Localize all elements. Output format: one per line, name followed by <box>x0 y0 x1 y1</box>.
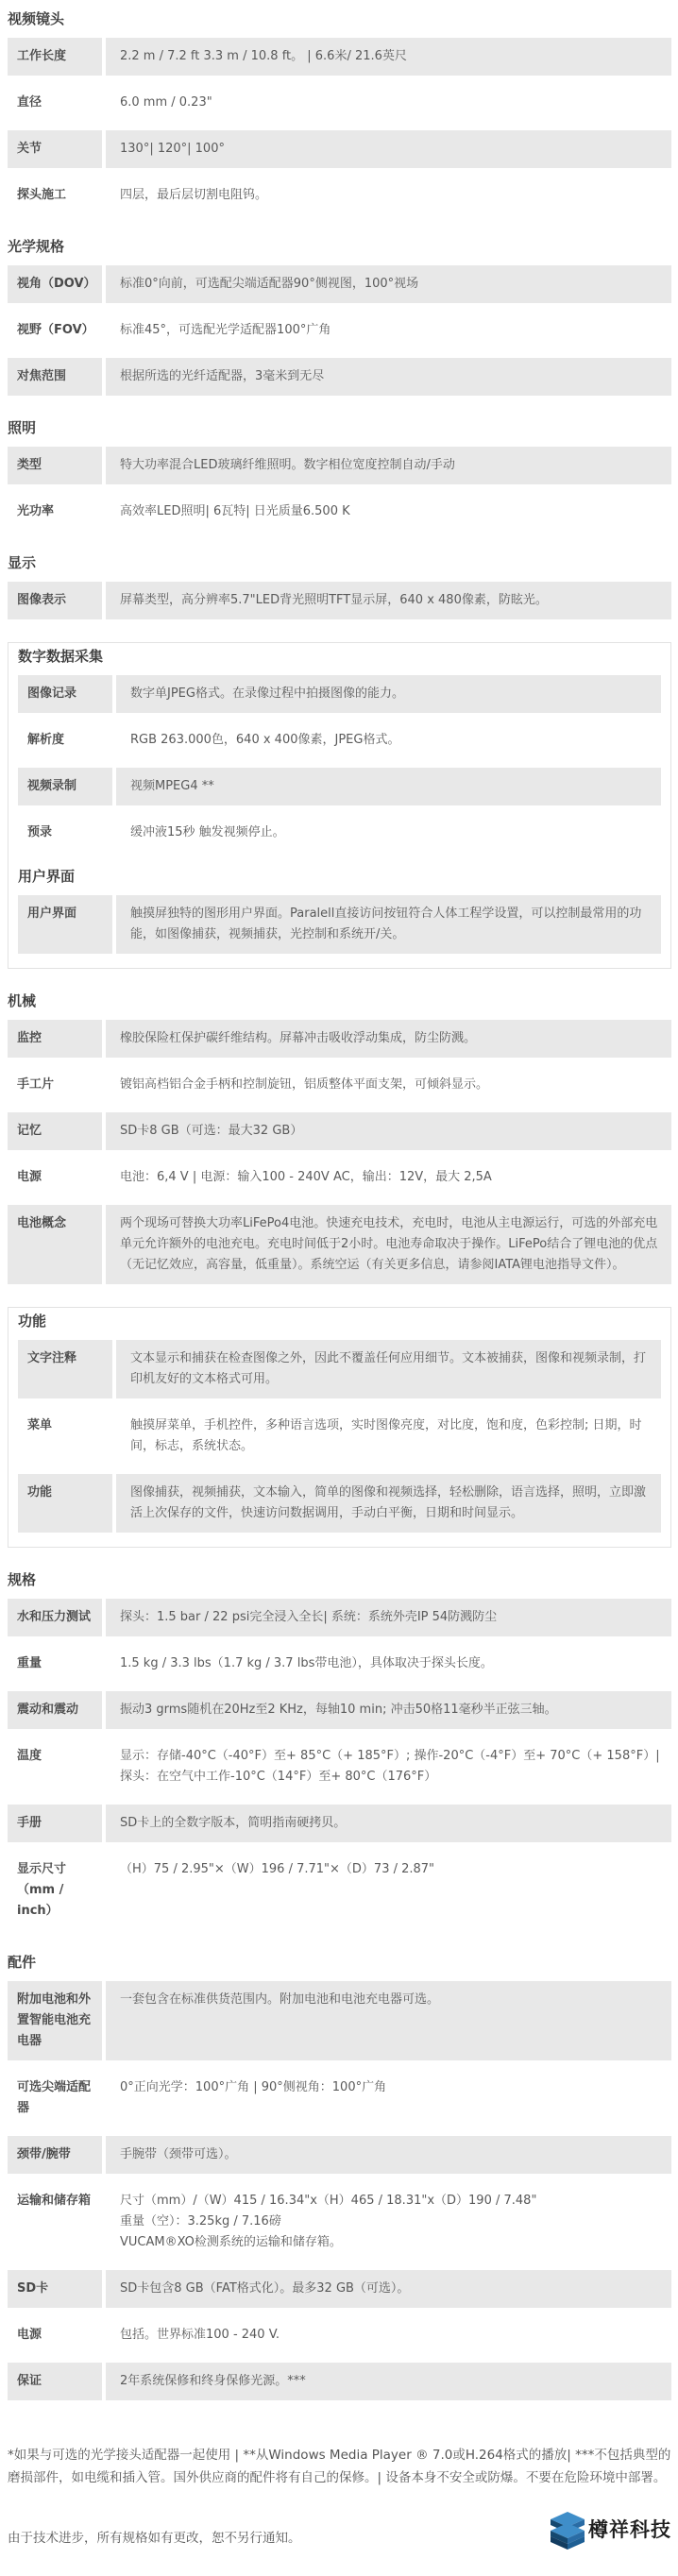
spec-label: 功能 <box>18 1474 112 1533</box>
table-row: 附加电池和外置智能电池充电器 一套包含在标准供货范围内。附加电池和电池充电器可选… <box>8 1981 671 2060</box>
spec-label: 显示尺寸（mm / inch） <box>8 1851 102 1930</box>
spec-value: RGB 263.000色，640 x 400像素，JPEG格式。 <box>116 721 661 759</box>
spec-value: 触摸屏菜单，手机控件，多种语言选项，实时图像亮度，对比度，饱和度，色彩控制; 日… <box>116 1407 661 1466</box>
table-row: 图像记录 数字单JPEG格式。在录像过程中拍摄图像的能力。 <box>18 675 661 713</box>
spec-label: 电源 <box>8 1159 102 1196</box>
table-row: 震动和震动 振动3 grms随机在20Hz至2 KHz，每轴10 min; 冲击… <box>8 1691 671 1729</box>
spec-label: 用户界面 <box>18 895 112 954</box>
spec-label: 图像记录 <box>18 675 112 713</box>
spec-label: 可选尖端适配器 <box>8 2069 102 2127</box>
spec-value: 触摸屏独特的图形用户界面。Paralell直接访问按钮符合人体工程学设置，可以控… <box>116 895 661 954</box>
footnote-text: *如果与可选的光学接头适配器一起使用 | **从Windows Media Pl… <box>8 2444 671 2489</box>
spec-label: 温度 <box>8 1737 102 1796</box>
spec-value: 标准45°，可选配光学适配器100°广角 <box>106 312 671 349</box>
spec-label: 图像表示 <box>8 582 102 619</box>
spec-label: 震动和震动 <box>8 1691 102 1729</box>
spec-value: 一套包含在标准供货范围内。附加电池和电池充电器可选。 <box>106 1981 671 2060</box>
spec-label: 工作长度 <box>8 38 102 76</box>
spec-label: 附加电池和外置智能电池充电器 <box>8 1981 102 2060</box>
section-rows: 文字注释 文本显示和捕获在检查图像之外，因此不覆盖任何应用细节。文本被捕获，图像… <box>18 1340 661 1533</box>
table-row: 保证 2年系统保修和终身保修光源。*** <box>8 2363 671 2400</box>
table-row: 运输和储存箱 尺寸（mm）/（W）415 / 16.34"x（H）465 / 1… <box>8 2182 671 2262</box>
table-row: SD卡 SD卡包含8 GB（FAT格式化）。最多32 GB（可选）。 <box>8 2270 671 2308</box>
spec-label: 类型 <box>8 447 102 484</box>
spec-value: 手腕带（颈带可选）。 <box>106 2136 671 2174</box>
spec-value: 橡胶保险杠保护碳纤维结构。屏幕冲击吸收浮动集成，防尘防溅。 <box>106 1020 671 1058</box>
section-display: 显示 图像表示 屏幕类型，高分辨率5.7"LED背光照明TFT显示屏，640 x… <box>8 553 671 619</box>
spec-value: 探头：1.5 bar / 22 psi完全浸入全长| 系统：系统外壳IP 54防… <box>106 1599 671 1636</box>
spec-value: 两个现场可替换大功率LiFePo4电池。快速充电技术，充电时，电池从主电源运行，… <box>106 1205 671 1284</box>
spec-value: 0°正向光学：100°广角 | 90°侧视角：100°广角 <box>106 2069 671 2127</box>
section-rows: 监控 橡胶保险杠保护碳纤维结构。屏幕冲击吸收浮动集成，防尘防溅。 手工片 镀铝高… <box>8 1020 671 1284</box>
table-row: 视野（FOV） 标准45°，可选配光学适配器100°广角 <box>8 312 671 349</box>
spec-label: 视野（FOV） <box>8 312 102 349</box>
section-optics: 光学规格 视角（DOV） 标准0°向前，可选配尖端适配器90°侧视图，100°视… <box>8 237 671 396</box>
section-accessories: 配件 附加电池和外置智能电池充电器 一套包含在标准供货范围内。附加电池和电池充电… <box>8 1953 671 2400</box>
section-rows: 类型 特大功率混合LED玻璃纤维照明。数字相位宽度控制自动/手动 光功率 高效率… <box>8 447 671 531</box>
spec-value: 振动3 grms随机在20Hz至2 KHz，每轴10 min; 冲击50格11毫… <box>106 1691 671 1729</box>
spec-label: 直径 <box>8 84 102 122</box>
table-row: 图像表示 屏幕类型，高分辨率5.7"LED背光照明TFT显示屏，640 x 48… <box>8 582 671 619</box>
section-mechanical: 机械 监控 橡胶保险杠保护碳纤维结构。屏幕冲击吸收浮动集成，防尘防溅。 手工片 … <box>8 991 671 1284</box>
section-title: 视频镜头 <box>8 9 671 28</box>
section-rows: 图像表示 屏幕类型，高分辨率5.7"LED背光照明TFT显示屏，640 x 48… <box>8 582 671 619</box>
table-row: 解析度 RGB 263.000色，640 x 400像素，JPEG格式。 <box>18 721 661 759</box>
spec-label: 电池概念 <box>8 1205 102 1284</box>
spec-label: 菜单 <box>18 1407 112 1466</box>
section-rows: 附加电池和外置智能电池充电器 一套包含在标准供货范围内。附加电池和电池充电器可选… <box>8 1981 671 2400</box>
spec-value: 高效率LED照明| 6瓦特| 日光质量6.500 K <box>106 493 671 531</box>
spec-value: 1.5 kg / 3.3 lbs（1.7 kg / 3.7 lbs带电池），具体… <box>106 1645 671 1683</box>
section-title: 规格 <box>8 1570 671 1589</box>
table-row: 探头施工 四层，最后层切割电阻钨。 <box>8 177 671 214</box>
spec-label: 监控 <box>8 1020 102 1058</box>
spec-label: 预录 <box>18 814 112 852</box>
boxed-group-digital-data: 数字数据采集 图像记录 数字单JPEG格式。在录像过程中拍摄图像的能力。 解析度… <box>8 642 671 969</box>
section-video-lens: 视频镜头 工作长度 2.2 m / 7.2 ft 3.3 m / 10.8 ft… <box>8 9 671 214</box>
table-row: 温度 显示：存储-40°C（-40°F）至+ 85°C（+ 185°F）; 操作… <box>8 1737 671 1796</box>
table-row: 直径 6.0 mm / 0.23" <box>8 84 671 122</box>
section-functions: 功能 文字注释 文本显示和捕获在检查图像之外，因此不覆盖任何应用细节。文本被捕获… <box>18 1312 661 1533</box>
section-illumination: 照明 类型 特大功率混合LED玻璃纤维照明。数字相位宽度控制自动/手动 光功率 … <box>8 418 671 531</box>
spec-label: 视频录制 <box>18 768 112 805</box>
spec-value: 视频MPEG4 ** <box>116 768 661 805</box>
section-title: 数字数据采集 <box>18 647 661 666</box>
spec-value: 显示：存储-40°C（-40°F）至+ 85°C（+ 185°F）; 操作-20… <box>106 1737 671 1796</box>
spec-value: 屏幕类型，高分辨率5.7"LED背光照明TFT显示屏，640 x 480像素，防… <box>106 582 671 619</box>
spec-value: 镀铝高档铝合金手柄和控制旋钮，铝质整体平面支架，可倾斜显示。 <box>106 1066 671 1104</box>
table-row: 水和压力测试 探头：1.5 bar / 22 psi完全浸入全长| 系统：系统外… <box>8 1599 671 1636</box>
table-row: 重量 1.5 kg / 3.3 lbs（1.7 kg / 3.7 lbs带电池）… <box>8 1645 671 1683</box>
spec-value: 标准0°向前，可选配尖端适配器90°侧视图，100°视场 <box>106 265 671 303</box>
spec-label: SD卡 <box>8 2270 102 2308</box>
table-row: 视频录制 视频MPEG4 ** <box>18 768 661 805</box>
spec-label: 手册 <box>8 1805 102 1842</box>
spec-label: 运输和储存箱 <box>8 2182 102 2262</box>
spec-label: 手工片 <box>8 1066 102 1104</box>
table-row: 电源 包括。世界标准100 - 240 V. <box>8 2316 671 2354</box>
table-row: 可选尖端适配器 0°正向光学：100°广角 | 90°侧视角：100°广角 <box>8 2069 671 2127</box>
spec-value: 数字单JPEG格式。在录像过程中拍摄图像的能力。 <box>116 675 661 713</box>
spec-value: 2年系统保修和终身保修光源。*** <box>106 2363 671 2400</box>
section-title: 用户界面 <box>18 867 661 886</box>
spec-value: 2.2 m / 7.2 ft 3.3 m / 10.8 ft。 | 6.6米/ … <box>106 38 671 76</box>
spec-value: 根据所选的光纤适配器，3毫米到无尽 <box>106 358 671 396</box>
spec-value: 文本显示和捕获在检查图像之外，因此不覆盖任何应用细节。文本被捕获，图像和视频录制… <box>116 1340 661 1398</box>
spec-label: 记忆 <box>8 1112 102 1150</box>
section-user-interface: 用户界面 用户界面 触摸屏独特的图形用户界面。Paralell直接访问按钮符合人… <box>18 867 661 954</box>
spec-label: 文字注释 <box>18 1340 112 1398</box>
spec-value: SD卡8 GB（可选：最大32 GB） <box>106 1112 671 1150</box>
spec-label: 保证 <box>8 2363 102 2400</box>
spec-label: 电源 <box>8 2316 102 2354</box>
spec-value: 图像捕获，视频捕获，文本输入，简单的图像和视频选择，轻松删除，语言选择，照明，立… <box>116 1474 661 1533</box>
spec-label: 探头施工 <box>8 177 102 214</box>
table-row: 工作长度 2.2 m / 7.2 ft 3.3 m / 10.8 ft。 | 6… <box>8 38 671 76</box>
section-title: 功能 <box>18 1312 661 1330</box>
table-row: 类型 特大功率混合LED玻璃纤维照明。数字相位宽度控制自动/手动 <box>8 447 671 484</box>
section-digital-capture: 数字数据采集 图像记录 数字单JPEG格式。在录像过程中拍摄图像的能力。 解析度… <box>18 647 661 852</box>
section-title: 照明 <box>8 418 671 437</box>
table-row: 电源 电池：6,4 V | 电源：输入100 - 240V AC，输出：12V，… <box>8 1159 671 1196</box>
spec-page: 视频镜头 工作长度 2.2 m / 7.2 ft 3.3 m / 10.8 ft… <box>0 0 678 2576</box>
table-row: 手工片 镀铝高档铝合金手柄和控制旋钮，铝质整体平面支架，可倾斜显示。 <box>8 1066 671 1104</box>
table-row: 颈带/腕带 手腕带（颈带可选）。 <box>8 2136 671 2174</box>
company-logo: 樽祥科技 <box>549 2510 671 2550</box>
spec-label: 解析度 <box>18 721 112 759</box>
table-row: 记忆 SD卡8 GB（可选：最大32 GB） <box>8 1112 671 1150</box>
section-rows: 用户界面 触摸屏独特的图形用户界面。Paralell直接访问按钮符合人体工程学设… <box>18 895 661 954</box>
section-title: 配件 <box>8 1953 671 1972</box>
footer: *如果与可选的光学接头适配器一起使用 | **从Windows Media Pl… <box>8 2444 671 2550</box>
section-rows: 图像记录 数字单JPEG格式。在录像过程中拍摄图像的能力。 解析度 RGB 26… <box>18 675 661 852</box>
table-row: 电池概念 两个现场可替换大功率LiFePo4电池。快速充电技术，充电时，电池从主… <box>8 1205 671 1284</box>
layers-logo-icon <box>549 2510 586 2550</box>
spec-value: 尺寸（mm）/（W）415 / 16.34"x（H）465 / 18.31"x（… <box>106 2182 671 2262</box>
logo-text: 樽祥科技 <box>588 2518 671 2541</box>
section-specifications: 规格 水和压力测试 探头：1.5 bar / 22 psi完全浸入全长| 系统：… <box>8 1570 671 1930</box>
table-row: 预录 缓冲液15秒 触发视频停止。 <box>18 814 661 852</box>
table-row: 关节 130°| 120°| 100° <box>8 130 671 168</box>
spec-label: 视角（DOV） <box>8 265 102 303</box>
table-row: 监控 橡胶保险杠保护碳纤维结构。屏幕冲击吸收浮动集成，防尘防溅。 <box>8 1020 671 1058</box>
table-row: 显示尺寸（mm / inch） （H）75 / 2.95"×（W）196 / 7… <box>8 1851 671 1930</box>
section-rows: 水和压力测试 探头：1.5 bar / 22 psi完全浸入全长| 系统：系统外… <box>8 1599 671 1930</box>
spec-label: 水和压力测试 <box>8 1599 102 1636</box>
table-row: 菜单 触摸屏菜单，手机控件，多种语言选项，实时图像亮度，对比度，饱和度，色彩控制… <box>18 1407 661 1466</box>
spec-value: 缓冲液15秒 触发视频停止。 <box>116 814 661 852</box>
spec-label: 颈带/腕带 <box>8 2136 102 2174</box>
section-rows: 工作长度 2.2 m / 7.2 ft 3.3 m / 10.8 ft。 | 6… <box>8 38 671 214</box>
spec-value: 130°| 120°| 100° <box>106 130 671 168</box>
section-title: 显示 <box>8 553 671 572</box>
table-row: 对焦范围 根据所选的光纤适配器，3毫米到无尽 <box>8 358 671 396</box>
section-title: 机械 <box>8 991 671 1010</box>
spec-value: 电池：6,4 V | 电源：输入100 - 240V AC，输出：12V，最大 … <box>106 1159 671 1196</box>
table-row: 视角（DOV） 标准0°向前，可选配尖端适配器90°侧视图，100°视场 <box>8 265 671 303</box>
spec-label: 对焦范围 <box>8 358 102 396</box>
spec-value: 6.0 mm / 0.23" <box>106 84 671 122</box>
spec-value: （H）75 / 2.95"×（W）196 / 7.71"×（D）73 / 2.8… <box>106 1851 671 1930</box>
table-row: 手册 SD卡上的全数字版本，简明指南硬拷贝。 <box>8 1805 671 1842</box>
spec-value: SD卡包含8 GB（FAT格式化）。最多32 GB（可选）。 <box>106 2270 671 2308</box>
spec-value: SD卡上的全数字版本，简明指南硬拷贝。 <box>106 1805 671 1842</box>
spec-value: 四层，最后层切割电阻钨。 <box>106 177 671 214</box>
table-row: 光功率 高效率LED照明| 6瓦特| 日光质量6.500 K <box>8 493 671 531</box>
spec-value: 特大功率混合LED玻璃纤维照明。数字相位宽度控制自动/手动 <box>106 447 671 484</box>
footer-bottom: 由于技术进步，所有规格如有更改，恕不另行通知。 樽祥科技 <box>8 2510 671 2550</box>
table-row: 文字注释 文本显示和捕获在检查图像之外，因此不覆盖任何应用细节。文本被捕获，图像… <box>18 1340 661 1398</box>
spec-label: 光功率 <box>8 493 102 531</box>
section-title: 光学规格 <box>8 237 671 256</box>
section-rows: 视角（DOV） 标准0°向前，可选配尖端适配器90°侧视图，100°视场 视野（… <box>8 265 671 396</box>
table-row: 用户界面 触摸屏独特的图形用户界面。Paralell直接访问按钮符合人体工程学设… <box>18 895 661 954</box>
spec-value: 包括。世界标准100 - 240 V. <box>106 2316 671 2354</box>
boxed-group-functions: 功能 文字注释 文本显示和捕获在检查图像之外，因此不覆盖任何应用细节。文本被捕获… <box>8 1307 671 1548</box>
table-row: 功能 图像捕获，视频捕获，文本输入，简单的图像和视频选择，轻松删除，语言选择，照… <box>18 1474 661 1533</box>
spec-label: 关节 <box>8 130 102 168</box>
disclaimer-text: 由于技术进步，所有规格如有更改，恕不另行通知。 <box>8 2527 537 2550</box>
spec-label: 重量 <box>8 1645 102 1683</box>
